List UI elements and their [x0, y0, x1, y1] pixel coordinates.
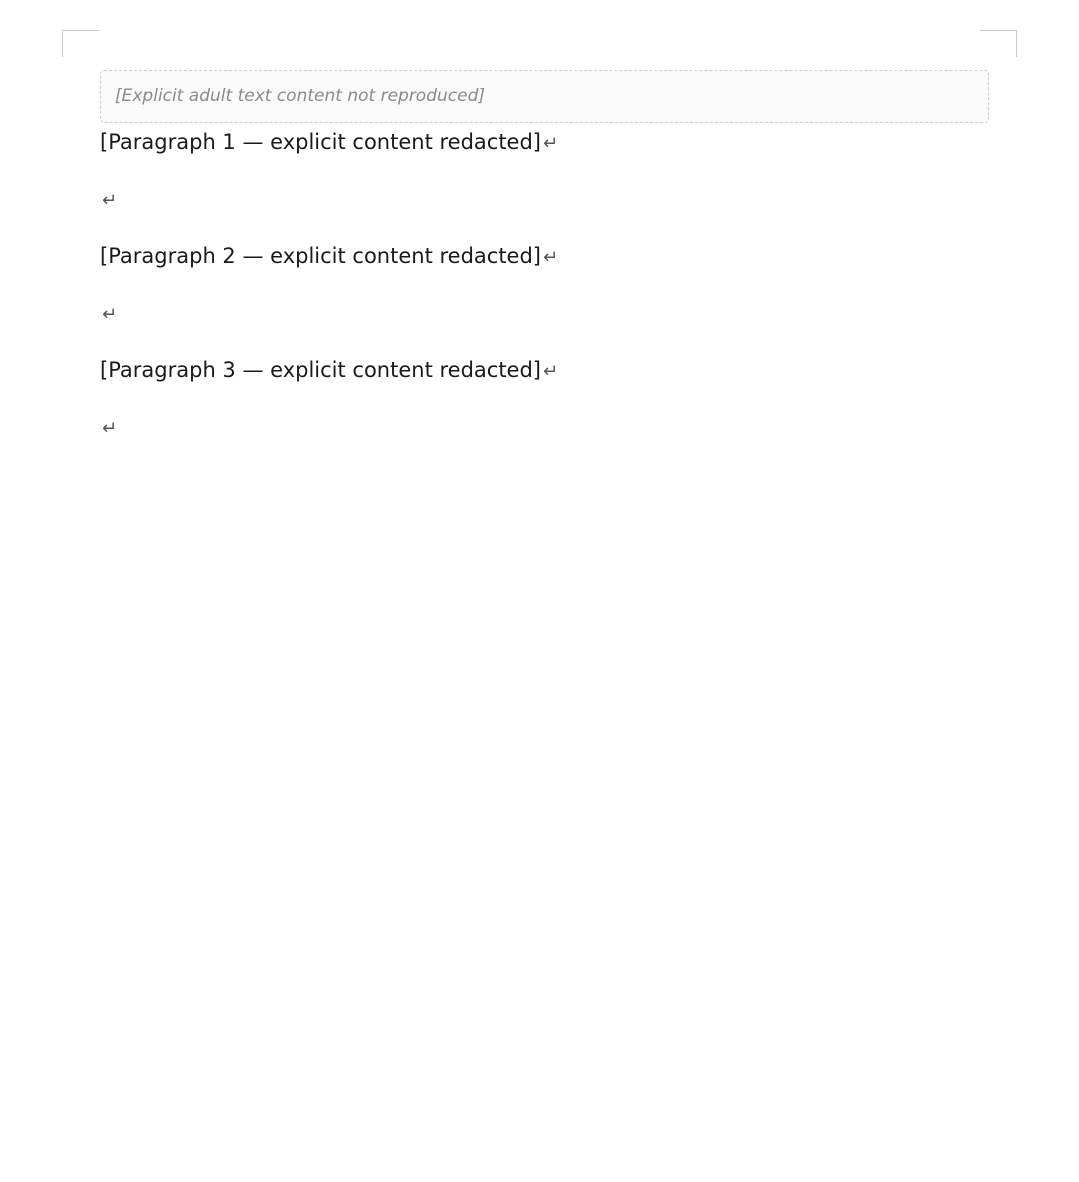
redaction-notice: [Explicit adult text content not reprodu…: [100, 70, 989, 123]
paragraph: [Paragraph 1 — explicit content redacted…: [100, 123, 989, 162]
empty-paragraph: ↵: [100, 180, 989, 219]
paragraph-mark: ↵: [100, 418, 117, 439]
paragraph-mark: ↵: [100, 190, 117, 211]
empty-paragraph: ↵: [100, 294, 989, 333]
page-corner-mark: [980, 30, 1017, 57]
paragraph-mark: ↵: [541, 247, 558, 268]
page-corner-mark: [62, 30, 99, 57]
document-page: [Explicit adult text content not reprodu…: [0, 0, 1079, 1182]
paragraph-mark: ↵: [541, 361, 558, 382]
paragraph: [Paragraph 3 — explicit content redacted…: [100, 351, 989, 390]
paragraph-mark: ↵: [541, 133, 558, 154]
page-text-area[interactable]: [Explicit adult text content not reprodu…: [100, 70, 989, 465]
paragraph-mark: ↵: [100, 304, 117, 325]
paragraph: [Paragraph 2 — explicit content redacted…: [100, 237, 989, 276]
empty-paragraph: ↵: [100, 408, 989, 447]
